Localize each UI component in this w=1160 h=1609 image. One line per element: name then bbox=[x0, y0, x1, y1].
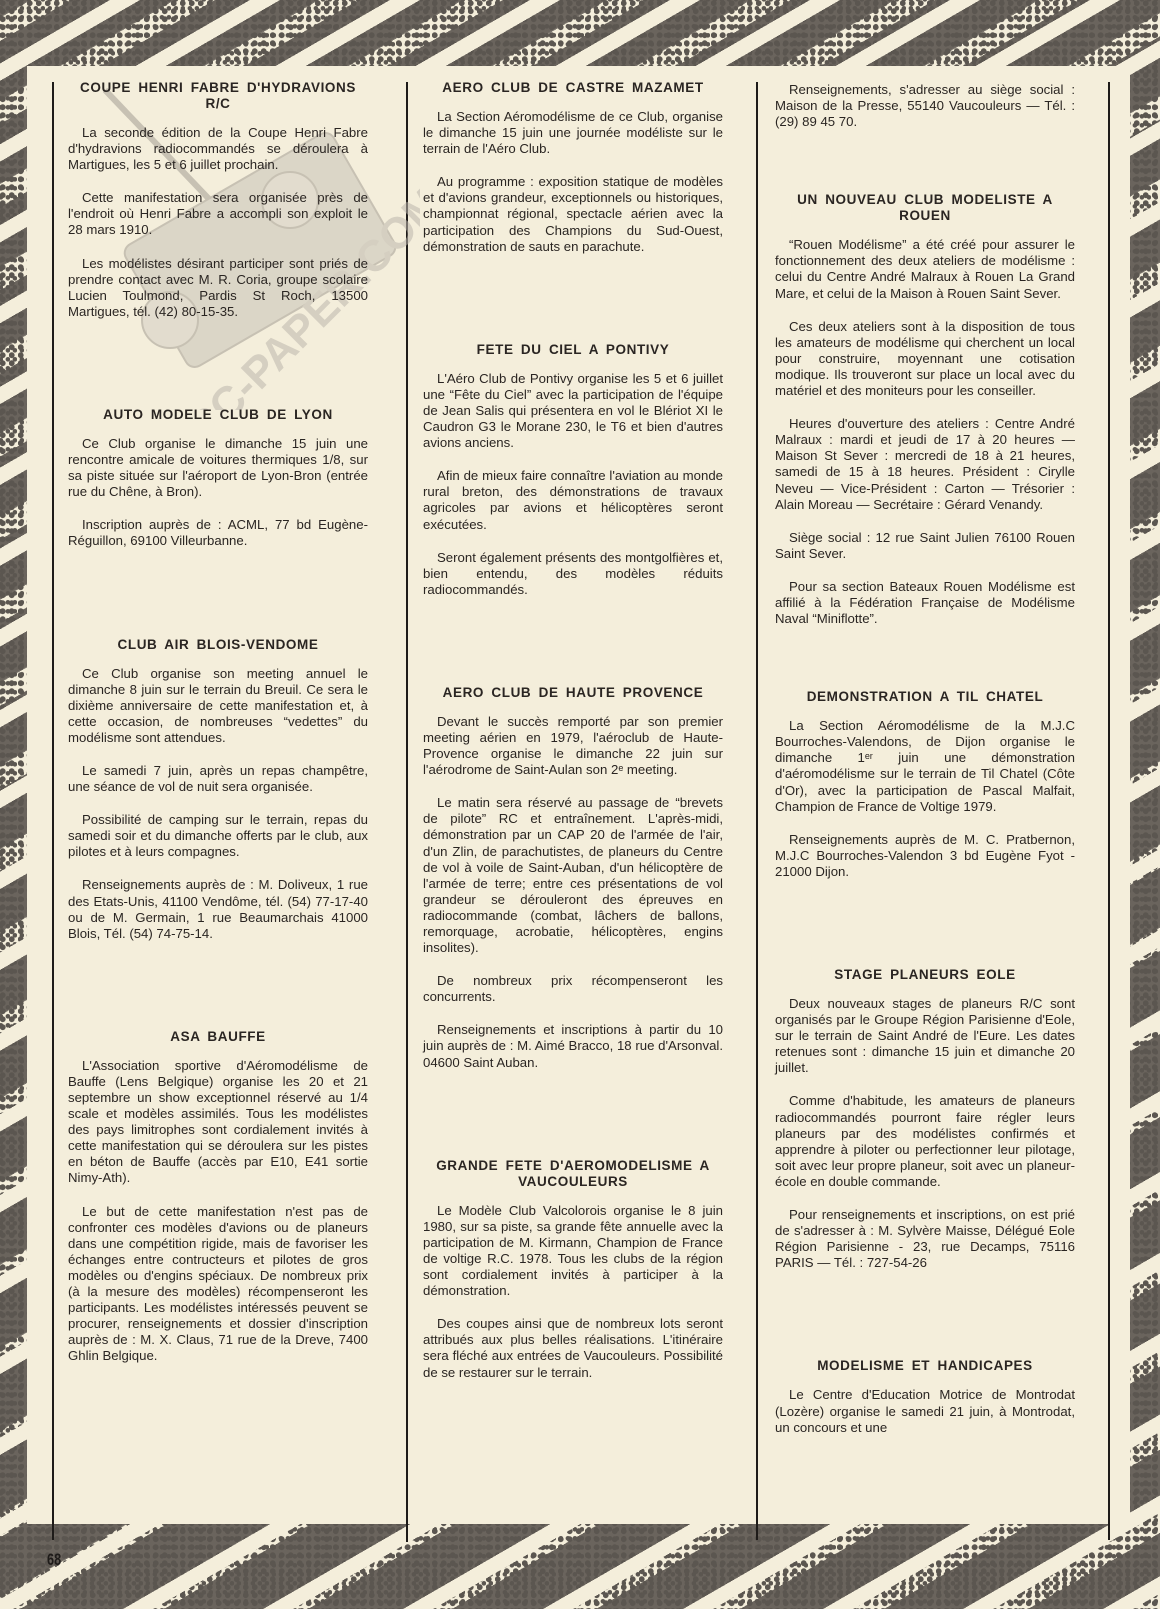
article-paragraph: Renseignements et inscriptions à partir … bbox=[423, 1022, 723, 1070]
article-coupe-henri-fabre: COUPE HENRI FABRE D'HYDRAVIONS R/C La se… bbox=[68, 80, 368, 320]
article-grande-fete-vaucouleurs: GRANDE FETE D'AEROMODELISME A VAUCOULEUR… bbox=[423, 1158, 723, 1381]
article-paragraph: Ces deux ateliers sont à la disposition … bbox=[775, 319, 1075, 399]
column-rule-left bbox=[52, 82, 54, 1540]
article-stage-planeurs-eole: STAGE PLANEURS EOLE Deux nouveaux stages… bbox=[775, 967, 1075, 1271]
article-paragraph: Deux nouveaux stages de planeurs R/C son… bbox=[775, 996, 1075, 1076]
article-paragraph: Siège social : 12 rue Saint Julien 76100… bbox=[775, 530, 1075, 562]
column-rule-1 bbox=[406, 82, 408, 1542]
article-paragraph: La seconde édition de la Coupe Henri Fab… bbox=[68, 125, 368, 173]
article-paragraph: “Rouen Modélisme” a été créé pour assure… bbox=[775, 237, 1075, 301]
article-paragraph: L'Aéro Club de Pontivy organise les 5 et… bbox=[423, 371, 723, 451]
article-paragraph: La Section Aéromodélisme de la M.J.C Bou… bbox=[775, 718, 1075, 815]
article-title: UN NOUVEAU CLUB MODELISTE A ROUEN bbox=[775, 192, 1075, 224]
article-title: MODELISME ET HANDICAPES bbox=[775, 1358, 1075, 1374]
article-title: AUTO MODELE CLUB DE LYON bbox=[68, 407, 368, 423]
article-aero-club-haute-provence: AERO CLUB DE HAUTE PROVENCE Devant le su… bbox=[423, 685, 723, 1071]
article-paragraph: Pour renseignements et inscriptions, on … bbox=[775, 1207, 1075, 1271]
article-paragraph: Pour sa section Bateaux Rouen Modélisme … bbox=[775, 579, 1075, 627]
article-auto-modele-club-lyon: AUTO MODELE CLUB DE LYON Ce Club organis… bbox=[68, 407, 368, 550]
article-asa-bauffe: ASA BAUFFE L'Association sportive d'Aéro… bbox=[68, 1029, 368, 1365]
column-rule-right bbox=[1108, 82, 1110, 1540]
article-paragraph: Renseignements, s'adresser au siège soci… bbox=[775, 82, 1075, 130]
column-3: Renseignements, s'adresser au siège soci… bbox=[775, 82, 1075, 1453]
article-paragraph: Afin de mieux faire connaître l'aviation… bbox=[423, 468, 723, 532]
article-paragraph: L'Association sportive d'Aéromodélisme d… bbox=[68, 1058, 368, 1187]
article-paragraph: Les modélistes désirant participer sont … bbox=[68, 256, 368, 320]
article-paragraph: Ce Club organise le dimanche 15 juin une… bbox=[68, 436, 368, 500]
column-1: COUPE HENRI FABRE D'HYDRAVIONS R/C La se… bbox=[68, 80, 368, 1382]
column-2: AERO CLUB DE CASTRE MAZAMET La Section A… bbox=[423, 80, 723, 1398]
article-paragraph: Le Centre d'Education Motrice de Montrod… bbox=[775, 1387, 1075, 1435]
article-aero-club-castre-mazamet: AERO CLUB DE CASTRE MAZAMET La Section A… bbox=[423, 80, 723, 255]
article-paragraph: Inscription auprès de : ACML, 77 bd Eugè… bbox=[68, 517, 368, 549]
article-paragraph: Devant le succès remporté par son premie… bbox=[423, 714, 723, 778]
page-number: 68 bbox=[47, 1550, 61, 1570]
article-paragraph: Heures d'ouverture des ateliers : Centre… bbox=[775, 416, 1075, 513]
article-paragraph: La Section Aéromodélisme de ce Club, org… bbox=[423, 109, 723, 157]
article-title: DEMONSTRATION A TIL CHATEL bbox=[775, 689, 1075, 705]
article-demonstration-til-chatel: DEMONSTRATION A TIL CHATEL La Section Aé… bbox=[775, 689, 1075, 880]
article-title: AERO CLUB DE HAUTE PROVENCE bbox=[423, 685, 723, 701]
article-nouveau-club-rouen: UN NOUVEAU CLUB MODELISTE A ROUEN “Rouen… bbox=[775, 192, 1075, 627]
article-title: COUPE HENRI FABRE D'HYDRAVIONS R/C bbox=[68, 80, 368, 112]
article-paragraph: Seront également présents des montgolfiè… bbox=[423, 550, 723, 598]
article-title: STAGE PLANEURS EOLE bbox=[775, 967, 1075, 983]
article-title: AERO CLUB DE CASTRE MAZAMET bbox=[423, 80, 723, 96]
article-title: ASA BAUFFE bbox=[68, 1029, 368, 1045]
article-paragraph: Au programme : exposition statique de mo… bbox=[423, 174, 723, 254]
article-paragraph: Le matin sera réservé au passage de “bre… bbox=[423, 795, 723, 956]
article-modelisme-handicapes: MODELISME ET HANDICAPES Le Centre d'Educ… bbox=[775, 1358, 1075, 1435]
article-paragraph: Le Modèle Club Valcolorois organise le 8… bbox=[423, 1203, 723, 1300]
article-paragraph: Renseignements auprès de : M. Doliveux, … bbox=[68, 877, 368, 941]
column-rule-2 bbox=[756, 82, 758, 1540]
article-paragraph: Possibilité de camping sur le terrain, r… bbox=[68, 812, 368, 860]
article-club-air-blois-vendome: CLUB AIR BLOIS-VENDOME Ce Club organise … bbox=[68, 637, 368, 942]
article-paragraph: De nombreux prix récompenseront les conc… bbox=[423, 973, 723, 1005]
article-title: GRANDE FETE D'AEROMODELISME A VAUCOULEUR… bbox=[423, 1158, 723, 1190]
article-title: CLUB AIR BLOIS-VENDOME bbox=[68, 637, 368, 653]
article-paragraph: Comme d'habitude, les amateurs de planeu… bbox=[775, 1093, 1075, 1190]
article-paragraph: Des coupes ainsi que de nombreux lots se… bbox=[423, 1316, 723, 1380]
article-paragraph: Renseignements auprès de M. C. Pratberno… bbox=[775, 832, 1075, 880]
article-paragraph: Ce Club organise son meeting annuel le d… bbox=[68, 666, 368, 746]
article-paragraph: Cette manifestation sera organisée près … bbox=[68, 190, 368, 238]
article-paragraph: Le samedi 7 juin, après un repas champêt… bbox=[68, 763, 368, 795]
article-paragraph: Le but de cette manifestation n'est pas … bbox=[68, 1204, 368, 1365]
article-fete-du-ciel-pontivy: FETE DU CIEL A PONTIVY L'Aéro Club de Po… bbox=[423, 342, 723, 598]
article-vaucouleurs-continued: Renseignements, s'adresser au siège soci… bbox=[775, 82, 1075, 130]
article-title: FETE DU CIEL A PONTIVY bbox=[423, 342, 723, 358]
